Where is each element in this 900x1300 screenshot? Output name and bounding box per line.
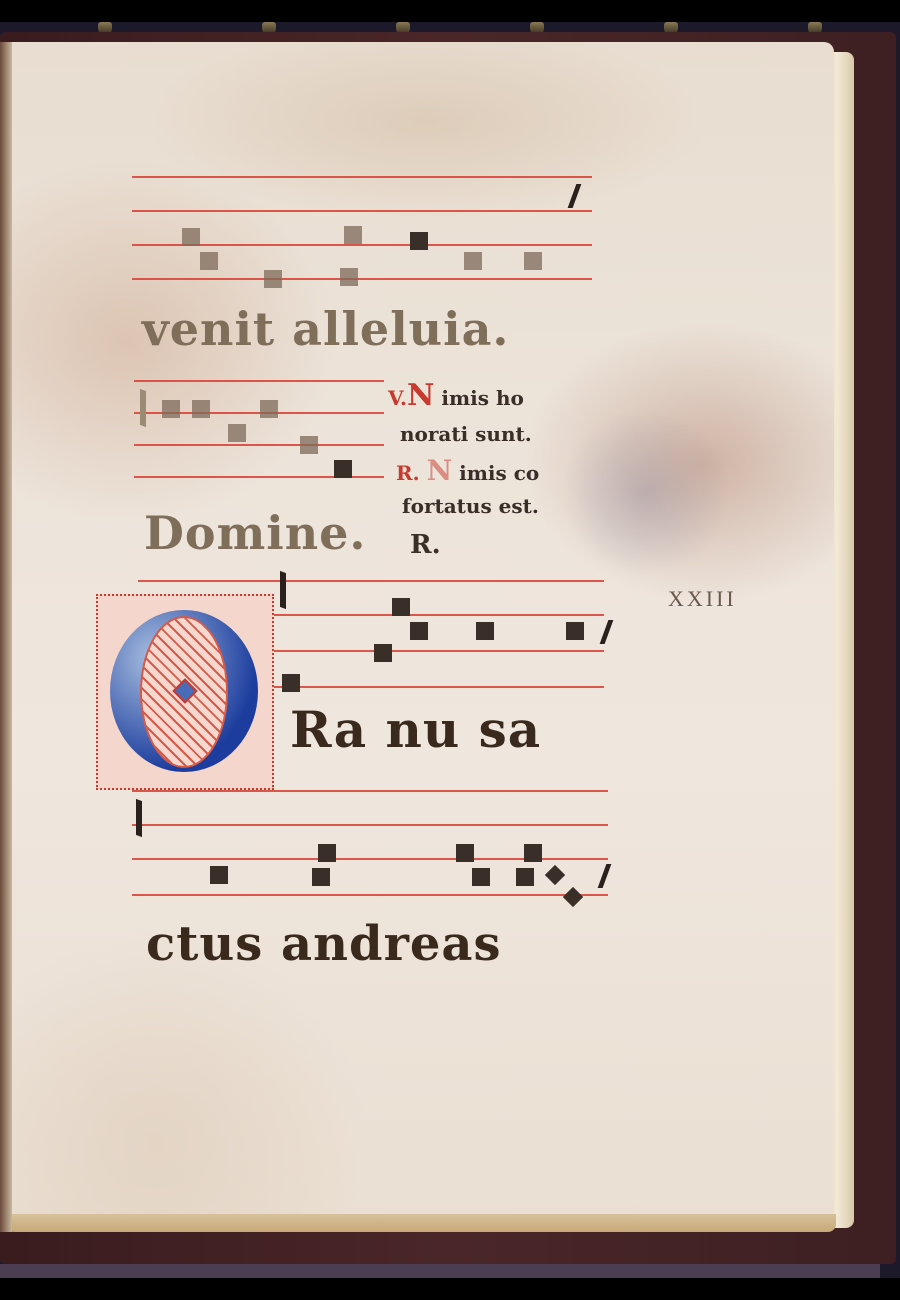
response-line-1: R. N imis co xyxy=(396,454,539,487)
versicle-line-1: V.N imis ho xyxy=(388,378,524,413)
lyric-venit-alleluia: venit alleluia. xyxy=(142,302,509,356)
left-gutter xyxy=(0,42,12,1232)
lyric-ra-nu-sa: Ra nu sa xyxy=(290,700,541,759)
illuminated-initial-o xyxy=(96,594,274,790)
response-marker: R. xyxy=(410,530,441,560)
versicle-line-2: norati sunt. xyxy=(400,422,532,446)
staff-1 xyxy=(132,176,592,286)
top-black-band xyxy=(0,0,900,22)
folio-number: XXIII xyxy=(668,586,737,612)
staff-2 xyxy=(134,380,384,480)
staff-4 xyxy=(132,790,608,900)
response-line-2: fortatus est. xyxy=(402,494,539,518)
bottom-black-band xyxy=(0,1278,900,1300)
page-bottom-edge xyxy=(6,1214,836,1232)
lyric-domine: Domine. xyxy=(144,506,366,560)
lyric-ctus-andreas: ctus andreas xyxy=(146,916,502,972)
